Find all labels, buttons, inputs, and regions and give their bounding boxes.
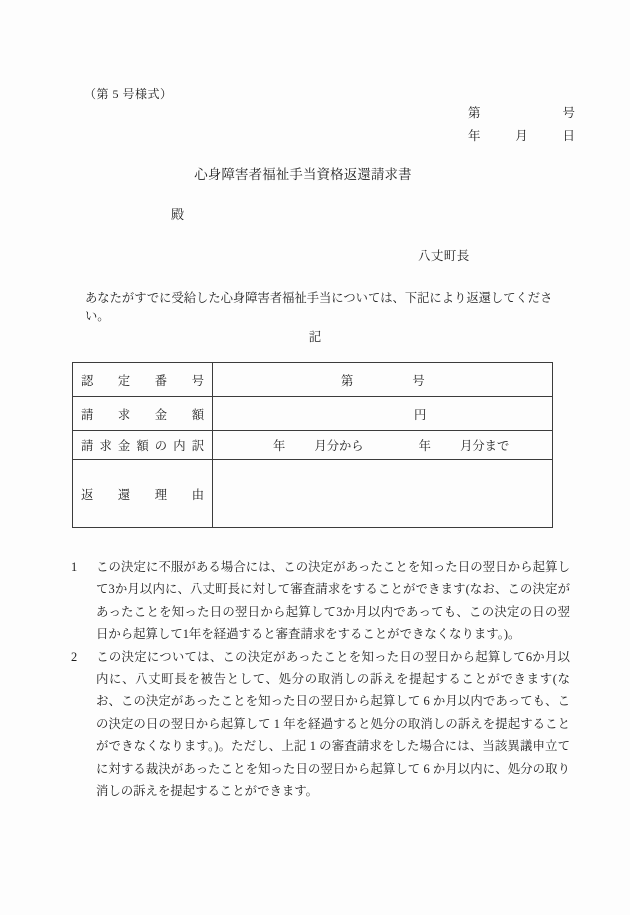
doc-number-suffix: 号 <box>562 103 575 121</box>
period-to-month-label: 月分まで <box>460 436 509 454</box>
table-row-return-reason: 返 還 理 由 <box>73 460 553 528</box>
date-year-label: 年 <box>468 126 481 144</box>
doc-number-line: 第 号 <box>468 103 575 121</box>
addressee-suffix: 殿 <box>171 204 184 223</box>
sender-name: 八丈町長 <box>418 246 470 264</box>
certification-number-label: 認 定 番 号 <box>73 363 213 397</box>
note-appeal-review: 1この決定に不服がある場合には、この決定があったことを知った日の翌日から起算して… <box>71 556 570 646</box>
note-text: この決定については、この決定があったことを知った日の翌日から起算して6か月以内に… <box>96 650 570 798</box>
period-to-year-label: 年 <box>419 436 431 454</box>
period-from-month-label: 月分から <box>314 436 363 454</box>
yen-unit-label: 円 <box>414 405 426 423</box>
notes-section: 1この決定に不服がある場合には、この決定があったことを知った日の翌日から起算して… <box>71 556 570 802</box>
note-text: この決定に不服がある場合には、この決定があったことを知った日の翌日から起算して3… <box>96 560 570 641</box>
document-page: （第 5 号様式） 第 号 年 月 日 心身障害者福祉手当資格返還請求書 殿 八… <box>0 0 630 915</box>
note-lawsuit: 2この決定については、この決定があったことを知った日の翌日から起算して6か月以内… <box>71 646 570 803</box>
period-from-year-label: 年 <box>273 436 285 454</box>
note-number: 1 <box>71 556 96 578</box>
form-code-label: （第 5 号様式） <box>84 85 173 102</box>
instruction-sentence: あなたがすでに受給した心身障害者福祉手当については、下記により返還してください。 <box>85 288 575 324</box>
date-day-label: 日 <box>562 126 575 144</box>
claim-amount-value-cell: 円 <box>213 397 553 431</box>
document-title: 心身障害者福祉手当資格返還請求書 <box>0 164 606 183</box>
amount-breakdown-label: 請 求 金 額 の 内 訳 <box>73 431 213 460</box>
table-row-claim-amount: 請 求 金 額 円 <box>73 397 553 431</box>
doc-number-prefix: 第 <box>468 103 481 121</box>
ki-heading: 記 <box>0 327 630 345</box>
date-month-label: 月 <box>515 126 528 144</box>
return-reason-label: 返 還 理 由 <box>73 460 213 528</box>
return-reason-value-cell <box>213 460 553 528</box>
date-line: 年 月 日 <box>468 126 575 144</box>
amount-breakdown-value-cell: 年 月分から 年 月分まで <box>213 431 553 460</box>
cert-number-prefix: 第 <box>341 371 353 389</box>
claim-amount-label: 請 求 金 額 <box>73 397 213 431</box>
cert-number-suffix: 号 <box>412 371 424 389</box>
table-row-amount-breakdown: 請 求 金 額 の 内 訳 年 月分から 年 月分まで <box>73 431 553 460</box>
certification-number-value-cell: 第 号 <box>213 363 553 397</box>
request-table: 認 定 番 号 第 号 請 求 金 額 円 請 求 金 額 の 内 訳 年 月分… <box>72 362 553 528</box>
note-number: 2 <box>71 646 96 668</box>
table-row-certification-number: 認 定 番 号 第 号 <box>73 363 553 397</box>
